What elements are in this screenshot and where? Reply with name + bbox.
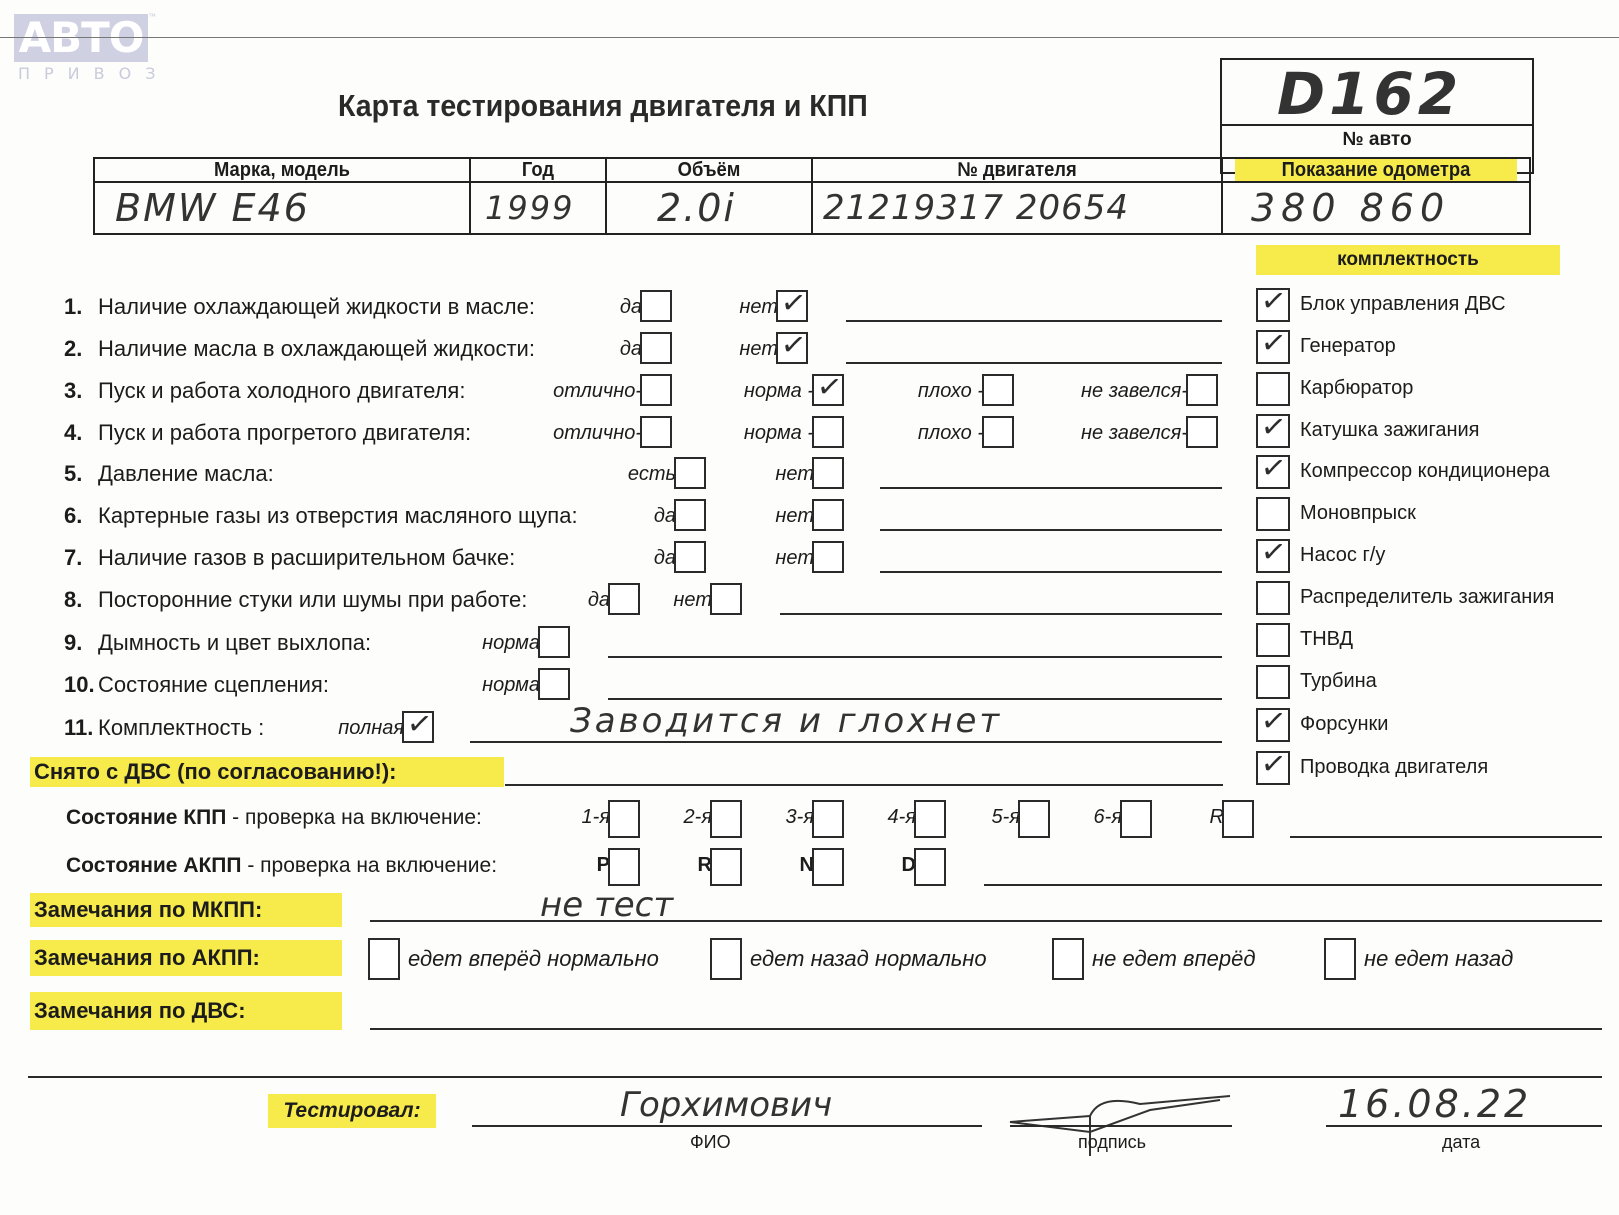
- manual-gearbox-label: Состояние КПП - проверка на включение:: [66, 806, 482, 830]
- checklist-row: 11.Комплектность :: [64, 715, 264, 741]
- gear-checkbox[interactable]: [812, 848, 844, 886]
- option-checkbox[interactable]: [982, 416, 1014, 448]
- row-number: 8.: [64, 587, 98, 613]
- row-label: Комплектность :: [98, 715, 264, 740]
- row-notes-line[interactable]: [608, 656, 1222, 658]
- row-label: Дымность и цвет выхлопа:: [98, 630, 371, 655]
- akpp-remark-checkbox[interactable]: [368, 938, 400, 980]
- option-checkbox[interactable]: [776, 290, 808, 322]
- row-notes-line[interactable]: [880, 571, 1222, 573]
- option-checkbox[interactable]: [538, 668, 570, 700]
- completeness-checkbox[interactable]: [1256, 751, 1290, 785]
- option-label: нет: [673, 589, 712, 612]
- akpp-remark-checkbox[interactable]: [1324, 938, 1356, 980]
- row-notes-line[interactable]: [608, 698, 1222, 700]
- row-notes-line[interactable]: [880, 487, 1222, 489]
- checklist-row: 1.Наличие охлаждающей жидкости в масле:: [64, 294, 535, 320]
- checklist-row: 2.Наличие масла в охлаждающей жидкости:: [64, 336, 535, 362]
- engine-number-field[interactable]: 21219317 20654: [812, 182, 1222, 234]
- row-notes-line[interactable]: [880, 529, 1222, 531]
- option-checkbox[interactable]: [1186, 416, 1218, 448]
- completeness-item-label: Блок управления ДВС: [1300, 293, 1506, 316]
- row-number: 9.: [64, 630, 98, 656]
- row-label: Наличие охлаждающей жидкости в масле:: [98, 294, 535, 319]
- gear-label: 1-я: [582, 806, 610, 829]
- gear-checkbox[interactable]: [812, 800, 844, 838]
- checklist-row: 4.Пуск и работа прогретого двигателя:: [64, 420, 471, 446]
- name-line: [472, 1125, 982, 1127]
- completeness-item-label: Насос г/у: [1300, 544, 1385, 567]
- akpp-remark-checkbox[interactable]: [710, 938, 742, 980]
- option-label: не завелся-: [1081, 380, 1188, 403]
- completeness-checkbox[interactable]: [1256, 665, 1290, 699]
- row-label: Пуск и работа холодного двигателя:: [98, 378, 465, 403]
- completeness-checkbox[interactable]: [1256, 455, 1290, 489]
- option-checkbox[interactable]: [812, 416, 844, 448]
- row-label: Картерные газы из отверстия масляного щу…: [98, 503, 578, 528]
- row-number: 11.: [64, 715, 98, 741]
- akpp-remark-label: едет вперёд нормально: [408, 946, 659, 972]
- document-title: Карта тестирования двигателя и КПП: [338, 88, 868, 124]
- option-label: норма -: [744, 380, 814, 403]
- option-label: нет: [775, 547, 814, 570]
- gear-checkbox[interactable]: [1018, 800, 1050, 838]
- row-number: 5.: [64, 461, 98, 487]
- option-checkbox[interactable]: [640, 332, 672, 364]
- year-field[interactable]: 1999: [470, 182, 606, 234]
- akpp-remark-label: едет назад нормально: [750, 946, 987, 972]
- tested-by-label: Тестировал:: [268, 1094, 436, 1128]
- completeness-item-label: Компрессор кондиционера: [1300, 460, 1550, 483]
- option-label: плохо -: [918, 422, 984, 445]
- gear-label: 5-я: [992, 806, 1020, 829]
- option-checkbox[interactable]: [812, 457, 844, 489]
- option-checkbox[interactable]: [812, 374, 844, 406]
- option-checkbox[interactable]: [710, 583, 742, 615]
- col-header-odometer: Показание одометра: [1234, 158, 1517, 182]
- name-caption: ФИО: [690, 1132, 731, 1153]
- option-label: норма: [482, 632, 540, 655]
- gear-label: 6-я: [1094, 806, 1122, 829]
- checklist-row: 8.Посторонние стуки или шумы при работе:: [64, 587, 527, 613]
- option-label: отлично-: [553, 422, 642, 445]
- akpp-remark-label: не едет назад: [1364, 946, 1513, 972]
- row-number: 10.: [64, 672, 98, 698]
- volume-field[interactable]: 2.0i: [606, 182, 812, 234]
- car-id-value: D162: [1277, 60, 1462, 128]
- option-checkbox[interactable]: [674, 541, 706, 573]
- row-number: 3.: [64, 378, 98, 404]
- completeness-checkbox[interactable]: [1256, 708, 1290, 742]
- option-label: да: [654, 547, 676, 570]
- row-number: 2.: [64, 336, 98, 362]
- completeness-checkbox[interactable]: [1256, 539, 1290, 573]
- row-label: Пуск и работа прогретого двигателя:: [98, 420, 471, 445]
- trademark-mark: ™: [148, 12, 156, 21]
- checklist-row: 7.Наличие газов в расширительном бачке:: [64, 545, 515, 571]
- option-label: да: [654, 505, 676, 528]
- car-id-label: № авто: [1222, 124, 1532, 152]
- completeness-item-label: Форсунки: [1300, 713, 1388, 736]
- row-label: Наличие газов в расширительном бачке:: [98, 545, 515, 570]
- option-label: нет: [739, 338, 778, 361]
- option-label: норма: [482, 674, 540, 697]
- row-label: Наличие масла в охлаждающей жидкости:: [98, 336, 535, 361]
- dvs-remarks-label: Замечания по ДВС:: [30, 992, 342, 1030]
- gear-label: 4-я: [888, 806, 916, 829]
- option-label: нет: [739, 296, 778, 319]
- top-divider: [0, 37, 1619, 38]
- gearbox-label-rest: - проверка на включение:: [242, 854, 498, 877]
- signature-line: [1010, 1125, 1232, 1127]
- row-number: 6.: [64, 503, 98, 529]
- checklist-row: 3.Пуск и работа холодного двигателя:: [64, 378, 465, 404]
- option-checkbox[interactable]: [812, 499, 844, 531]
- completeness-item-label: Проводка двигателя: [1300, 756, 1488, 779]
- row-number: 7.: [64, 545, 98, 571]
- removed-parts-line[interactable]: [505, 784, 1223, 786]
- completeness-checkbox[interactable]: [1256, 330, 1290, 364]
- option-checkbox[interactable]: [982, 374, 1014, 406]
- gearbox-notes-line[interactable]: [984, 884, 1602, 886]
- option-label: полная: [338, 717, 404, 740]
- gearbox-label-rest: - проверка на включение:: [226, 806, 482, 829]
- vehicle-info-table: Марка, модель Год Объём № двигателя Пока…: [93, 157, 1531, 235]
- completeness-header: комплектность: [1256, 245, 1560, 275]
- row-notes-line[interactable]: [470, 741, 1222, 743]
- completeness-checkbox[interactable]: [1256, 623, 1290, 657]
- col-header-volume: Объём: [614, 158, 804, 182]
- gear-checkbox[interactable]: [710, 848, 742, 886]
- row-number: 1.: [64, 294, 98, 320]
- option-checkbox[interactable]: [674, 499, 706, 531]
- checklist-row: 9.Дымность и цвет выхлопа:: [64, 630, 371, 656]
- option-label: плохо -: [918, 380, 984, 403]
- brand-logo: АВТО: [14, 14, 148, 62]
- checklist-row: 5.Давление масла:: [64, 461, 274, 487]
- gear-checkbox[interactable]: [914, 848, 946, 886]
- akpp-remark-label: не едет вперёд: [1092, 946, 1256, 972]
- date-value[interactable]: 16.08.22: [1338, 1082, 1531, 1126]
- option-checkbox[interactable]: [640, 416, 672, 448]
- mkpp-remarks-value[interactable]: не тест: [540, 885, 673, 925]
- gear-checkbox[interactable]: [1120, 800, 1152, 838]
- gear-checkbox[interactable]: [608, 800, 640, 838]
- checklist-row: 6.Картерные газы из отверстия масляного …: [64, 503, 578, 529]
- row-notes-line[interactable]: [846, 320, 1222, 322]
- dvs-remarks-line[interactable]: [370, 1028, 1602, 1030]
- option-checkbox[interactable]: [608, 583, 640, 615]
- date-caption: дата: [1442, 1132, 1480, 1153]
- completeness-checkbox[interactable]: [1256, 372, 1290, 406]
- completeness-item-label: Турбина: [1300, 670, 1377, 693]
- mkpp-remarks-line: [370, 920, 1602, 922]
- completeness-item-label: Катушка зажигания: [1300, 419, 1480, 442]
- option-checkbox[interactable]: [776, 332, 808, 364]
- gear-checkbox[interactable]: [914, 800, 946, 838]
- completeness-item-label: ТНВД: [1300, 628, 1353, 651]
- gearbox-notes-line[interactable]: [1290, 836, 1602, 838]
- completeness-checkbox[interactable]: [1256, 414, 1290, 448]
- gear-label: 2-я: [684, 806, 712, 829]
- col-header-year: Год: [475, 158, 600, 182]
- option-label: да: [588, 589, 610, 612]
- gear-checkbox[interactable]: [710, 800, 742, 838]
- completeness-checkbox[interactable]: [1256, 497, 1290, 531]
- removed-parts-label: Снято с ДВС (по согласованию!):: [30, 757, 504, 787]
- completeness-checkbox[interactable]: [1256, 581, 1290, 615]
- row-notes-line[interactable]: [780, 613, 1222, 615]
- gear-label: 3-я: [786, 806, 814, 829]
- gear-checkbox[interactable]: [608, 848, 640, 886]
- option-label: отлично-: [553, 380, 642, 403]
- brand-logo-subtitle: ПРИВОЗ: [18, 64, 146, 83]
- gearbox-label-bold: Состояние АКПП: [66, 854, 242, 877]
- option-label: есть: [628, 463, 676, 486]
- option-checkbox[interactable]: [640, 290, 672, 322]
- auto-gearbox-label: Состояние АКПП - проверка на включение:: [66, 854, 497, 878]
- odometer-field[interactable]: 380 860: [1222, 182, 1530, 234]
- row-note-value[interactable]: Заводится и глохнет: [570, 701, 1002, 741]
- completeness-item-label: Карбюратор: [1300, 377, 1413, 400]
- completeness-item-label: Генератор: [1300, 335, 1396, 358]
- row-notes-line[interactable]: [846, 362, 1222, 364]
- option-checkbox[interactable]: [538, 626, 570, 658]
- option-checkbox[interactable]: [812, 541, 844, 573]
- row-number: 4.: [64, 420, 98, 446]
- checklist-row: 10.Состояние сцепления:: [64, 672, 329, 698]
- row-label: Состояние сцепления:: [98, 672, 329, 697]
- completeness-checkbox[interactable]: [1256, 288, 1290, 322]
- footer-divider: [28, 1076, 1602, 1078]
- option-checkbox[interactable]: [1186, 374, 1218, 406]
- col-header-model: Марка, модель: [109, 158, 455, 182]
- signature-caption: подпись: [1078, 1132, 1146, 1153]
- gearbox-label-bold: Состояние КПП: [66, 806, 226, 829]
- option-label: да: [620, 296, 642, 319]
- option-label: нет: [775, 505, 814, 528]
- option-checkbox[interactable]: [674, 457, 706, 489]
- akpp-remarks-label: Замечания по АКПП:: [30, 940, 342, 976]
- option-checkbox[interactable]: [640, 374, 672, 406]
- tester-name-value[interactable]: Горхимович: [620, 1085, 832, 1125]
- date-line: [1326, 1125, 1602, 1127]
- akpp-remark-checkbox[interactable]: [1052, 938, 1084, 980]
- row-label: Посторонние стуки или шумы при работе:: [98, 587, 527, 612]
- completeness-item-label: Распределитель зажигания: [1300, 586, 1554, 609]
- option-label: норма -: [744, 422, 814, 445]
- option-checkbox[interactable]: [402, 711, 434, 743]
- row-label: Давление масла:: [98, 461, 274, 486]
- model-field[interactable]: BMW E46: [94, 182, 470, 234]
- mkpp-remarks-label: Замечания по МКПП:: [30, 893, 342, 927]
- option-label: не завелся-: [1081, 422, 1188, 445]
- option-label: да: [620, 338, 642, 361]
- col-header-engine-number: № двигателя: [828, 158, 1205, 182]
- option-label: нет: [775, 463, 814, 486]
- gear-checkbox[interactable]: [1222, 800, 1254, 838]
- completeness-item-label: Моновпрыск: [1300, 502, 1416, 525]
